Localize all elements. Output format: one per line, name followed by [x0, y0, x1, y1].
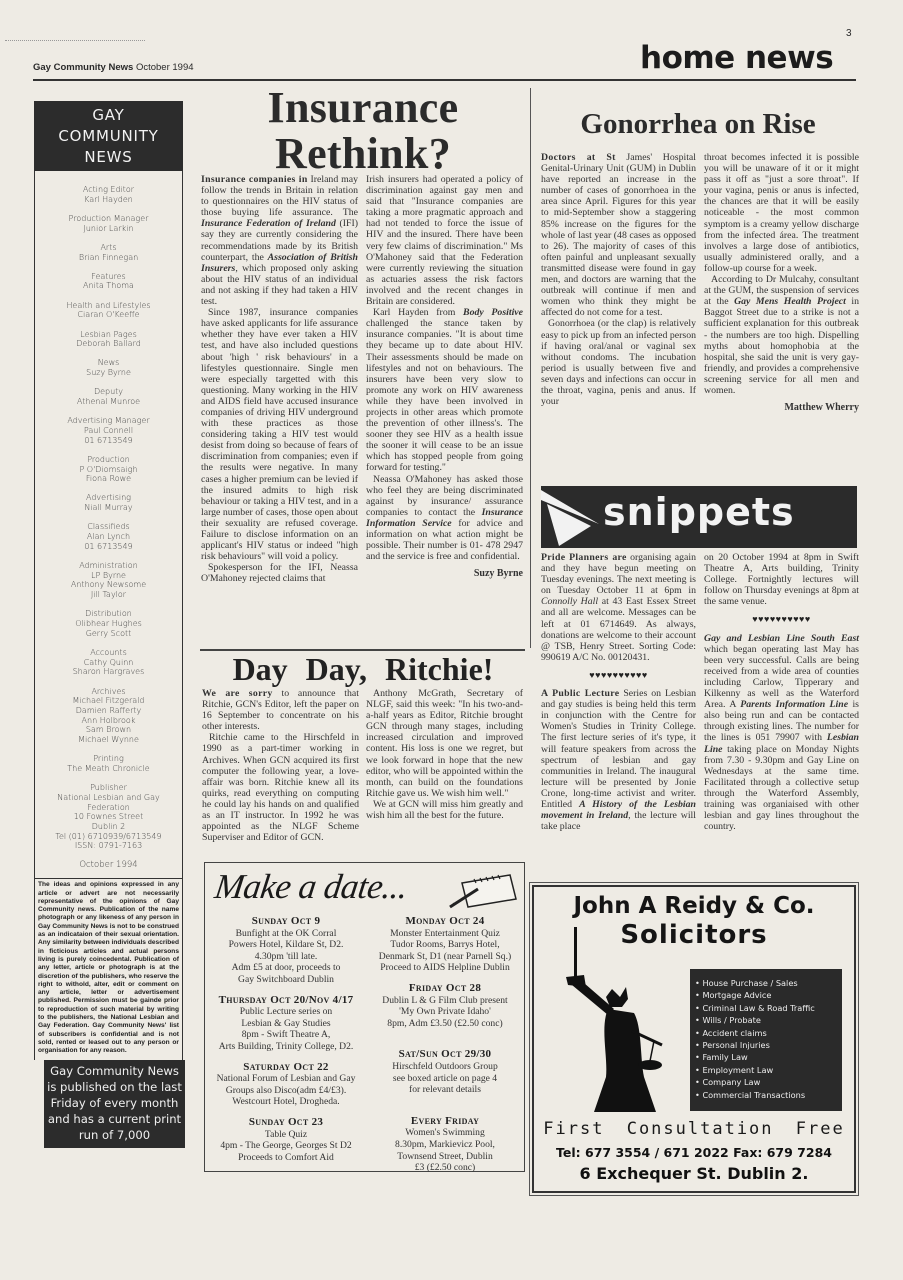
- event-detail: Dublin L & G Film Club present: [370, 995, 520, 1007]
- staff-role: Archives: [39, 687, 178, 697]
- snippets-column-2: on 20 October 1994 at 8pm in Swift Theat…: [704, 552, 859, 832]
- staff-name: 01 6713549: [39, 542, 178, 552]
- event-date: Friday Oct 28: [370, 983, 520, 995]
- staff-group: Acting EditorKarl Hayden: [39, 185, 178, 204]
- event-listing: Every FridayWomen's Swimming8.30pm, Mark…: [370, 1116, 520, 1174]
- event-date: Thursday Oct 20/Nov 4/17: [211, 995, 361, 1007]
- staff-group: NewsSuzy Byrne: [39, 358, 178, 377]
- event-detail: £3 (£2.50 conc): [370, 1162, 520, 1174]
- staff-name: Michael Wynne: [39, 735, 178, 745]
- staff-group: AdvertisingNiall Murray: [39, 493, 178, 512]
- staff-role: Printing: [39, 754, 178, 764]
- staff-name: Deborah Ballard: [39, 339, 178, 349]
- event-detail: Westcourt Hotel, Drogheda.: [211, 1096, 361, 1108]
- event-date: Sat/Sun Oct 29/30: [370, 1049, 520, 1061]
- staff-name: Cathy Quinn: [39, 658, 178, 668]
- event-detail: for relevant details: [370, 1084, 520, 1096]
- service-item: Company Law: [695, 1076, 838, 1088]
- staff-group: AccountsCathy QuinnSharon Hargraves: [39, 648, 178, 677]
- service-item: Criminal Law & Road Traffic: [695, 1002, 838, 1014]
- event-listing: Sunday Oct 23Table Quiz4pm - The George,…: [211, 1117, 361, 1163]
- staff-role: Features: [39, 272, 178, 282]
- staff-name: Suzy Byrne: [39, 368, 178, 378]
- event-detail: National Forum of Lesbian and Gay: [211, 1073, 361, 1085]
- staff-role: Advertising: [39, 493, 178, 503]
- staff-group: ClassifiedsAlan Lynch01 6713549: [39, 522, 178, 551]
- event-detail: Table Quiz: [211, 1129, 361, 1141]
- event-detail: Arts Building, Trinity College, D2.: [211, 1041, 361, 1053]
- event-listing: Saturday Oct 22National Forum of Lesbian…: [211, 1062, 361, 1108]
- staff-name: Anthony Newsome: [39, 580, 178, 590]
- staff-name: Dublin 2: [39, 822, 178, 832]
- staff-name: National Lesbian and Gay Federation: [39, 793, 178, 812]
- staff-role: Deputy: [39, 387, 178, 397]
- event-detail: Tudor Rooms, Barrys Hotel,: [370, 939, 520, 951]
- disclaimer-text: The ideas and opinions expressed in any …: [34, 879, 183, 1059]
- staff-role: Advertising Manager: [39, 416, 178, 426]
- event-detail: Powers Hotel, Kildare St, D2.: [211, 939, 361, 951]
- staff-list: Acting EditorKarl HaydenProduction Manag…: [34, 171, 183, 879]
- insurance-column-2: Irish insurers had operated a policy of …: [366, 174, 523, 579]
- staff-name: Alan Lynch: [39, 532, 178, 542]
- staff-group: DeputyAthenal Munroe: [39, 387, 178, 406]
- staff-role: News: [39, 358, 178, 368]
- staff-name: Paul Connell: [39, 426, 178, 436]
- event-listing: Friday Oct 28Dublin L & G Film Club pres…: [370, 983, 520, 1029]
- event-detail: see boxed article on page 4: [370, 1073, 520, 1085]
- gonorrhea-column-2: throat becomes infected it is possible y…: [704, 152, 859, 413]
- event-detail: Adm £5 at door, proceeds to: [211, 962, 361, 974]
- staff-role: Classifieds: [39, 522, 178, 532]
- event-detail: Groups also Disco(adm £4/£3).: [211, 1085, 361, 1097]
- gonorrhea-byline: Matthew Wherry: [704, 402, 859, 413]
- advert-offer: First Consultation Free: [534, 1119, 854, 1139]
- sidebar-brand: GAY COMMUNITY NEWS: [34, 101, 183, 171]
- events-right-column: Monday Oct 24Monster Entertainment QuizT…: [370, 916, 520, 1183]
- event-detail: Townsend Street, Dublin: [370, 1151, 520, 1163]
- insurance-column-1: Insurance companies in Ireland may follo…: [201, 174, 358, 584]
- event-detail: Monster Entertainment Quiz: [370, 928, 520, 940]
- publication-name: Gay Community News: [33, 62, 133, 73]
- event-detail: Proceeds to Comfort Aid: [211, 1152, 361, 1164]
- staff-name: ISSN: 0791-7163: [39, 841, 178, 851]
- staff-role: Accounts: [39, 648, 178, 658]
- event-detail: 'My Own Private Idaho': [370, 1006, 520, 1018]
- swoosh-icon: [541, 486, 611, 548]
- event-listing: Monday Oct 24Monster Entertainment QuizT…: [370, 916, 520, 974]
- staff-name: 10 Fownes Street: [39, 812, 178, 822]
- gonorrhea-headline: Gonorrhea on Rise: [540, 107, 856, 141]
- solicitor-advert: John A Reidy & Co. Solicitors House Purc…: [532, 885, 856, 1193]
- heart-divider: ♥♥♥♥♥♥♥♥♥♥: [541, 670, 696, 681]
- event-listing: Thursday Oct 20/Nov 4/17Public Lecture s…: [211, 995, 361, 1053]
- staff-name: The Meath Chronicle: [39, 764, 178, 774]
- staff-group: PublisherNational Lesbian and Gay Federa…: [39, 783, 178, 851]
- newspaper-page: 3 Gay Community News October 1994 home n…: [0, 0, 903, 1280]
- dayday-headline: Day Day, Ritchie!: [203, 651, 523, 687]
- staff-role: Lesbian Pages: [39, 330, 178, 340]
- staff-role: Publisher: [39, 783, 178, 793]
- masthead-publication-date: Gay Community News October 1994: [33, 62, 194, 73]
- staff-role: Distribution: [39, 609, 178, 619]
- snippets-column-1: Pride Planners are organising again and …: [541, 552, 696, 832]
- page-number: 3: [846, 28, 852, 39]
- staff-name: Gerry Scott: [39, 629, 178, 639]
- staff-name: Jill Taylor: [39, 590, 178, 600]
- make-a-date-title: Make a date...: [212, 867, 410, 907]
- service-item: Wills / Probate: [695, 1014, 838, 1026]
- notepad-pencil-icon: [448, 873, 518, 909]
- event-detail: 4pm - The George, Georges St D2: [211, 1140, 361, 1152]
- staff-group: Advertising ManagerPaul Connell01 671354…: [39, 416, 178, 445]
- event-detail: Proceed to AIDS Helpline Dublin: [370, 962, 520, 974]
- event-detail: 8pm, Adm £3.50 (£2.50 conc): [370, 1018, 520, 1030]
- service-item: Mortgage Advice: [695, 989, 838, 1001]
- event-listing: Sunday Oct 9Bunfight at the OK CorralPow…: [211, 916, 361, 986]
- event-detail: Women's Swimming: [370, 1127, 520, 1139]
- staff-group: Production ManagerJunior Larkin: [39, 214, 178, 233]
- service-item: Personal Injuries: [695, 1039, 838, 1051]
- staff-group: AdministrationLP ByrneAnthony NewsomeJil…: [39, 561, 178, 600]
- sidebar-date: October 1994: [39, 861, 178, 871]
- dayday-column-1: We are sorry to announce that Ritchie, G…: [202, 688, 359, 843]
- event-date: Sunday Oct 23: [211, 1117, 361, 1129]
- column-divider: [530, 88, 531, 648]
- staff-role: Health and Lifestyles: [39, 301, 178, 311]
- service-item: Family Law: [695, 1051, 838, 1063]
- staff-name: Niall Murray: [39, 503, 178, 513]
- dayday-column-2: Anthony McGrath, Secretary of NLGF, said…: [366, 688, 523, 821]
- service-item: Commercial Transactions: [695, 1089, 838, 1101]
- scan-edge-mark: [5, 40, 145, 41]
- make-a-date-box: Make a date... Sunday Oct 9Bunfight at t…: [204, 862, 525, 1172]
- staff-name: Olibhear Hughes: [39, 619, 178, 629]
- staff-name: Karl Hayden: [39, 195, 178, 205]
- snippets-title: snippets: [603, 490, 795, 534]
- staff-name: 01 6713549: [39, 436, 178, 446]
- publication-note: Gay Community News is published on the l…: [44, 1060, 185, 1148]
- event-detail: Denmark St, D1 (near Parnell Sq.): [370, 951, 520, 963]
- event-detail: Lesbian & Gay Studies: [211, 1018, 361, 1030]
- snippets-banner: snippets: [541, 486, 857, 548]
- staff-name: Michael Fitzgerald: [39, 696, 178, 706]
- staff-group: ProductionP O'DiomsaighFiona Rowe: [39, 455, 178, 484]
- staff-name: Sharon Hargraves: [39, 667, 178, 677]
- event-detail: 8.30pm, Markievicz Pool,: [370, 1139, 520, 1151]
- staff-group: ArchivesMichael FitzgeraldDamien Raffert…: [39, 687, 178, 745]
- advert-firm-name: John A Reidy & Co.: [534, 893, 854, 919]
- staff-name: Junior Larkin: [39, 224, 178, 234]
- staff-name: Ciaran O'Keeffe: [39, 310, 178, 320]
- staff-sidebar: GAY COMMUNITY NEWS Acting EditorKarl Hay…: [34, 101, 183, 1148]
- staff-role: Production: [39, 455, 178, 465]
- lady-justice-icon: [564, 927, 674, 1119]
- gonorrhea-column-1: Doctors at St James' Hospital Genital-Ur…: [541, 152, 696, 407]
- event-detail: Gay Switchboard Dublin: [211, 974, 361, 986]
- event-date: Saturday Oct 22: [211, 1062, 361, 1074]
- staff-role: Administration: [39, 561, 178, 571]
- heart-divider: ♥♥♥♥♥♥♥♥♥♥: [704, 614, 859, 625]
- event-detail: 4.30pm 'till late.: [211, 951, 361, 963]
- staff-name: Ann Holbrook: [39, 716, 178, 726]
- staff-name: Fiona Rowe: [39, 474, 178, 484]
- issue-date: October 1994: [136, 62, 194, 73]
- staff-group: PrintingThe Meath Chronicle: [39, 754, 178, 773]
- staff-group: Health and LifestylesCiaran O'Keeffe: [39, 301, 178, 320]
- events-left-column: Sunday Oct 9Bunfight at the OK CorralPow…: [211, 916, 361, 1172]
- staff-name: Tel (01) 6710939/6713549: [39, 832, 178, 842]
- staff-name: Athenal Munroe: [39, 397, 178, 407]
- event-date: Sunday Oct 9: [211, 916, 361, 928]
- event-date: Every Friday: [370, 1116, 520, 1128]
- event-detail: Bunfight at the OK Corral: [211, 928, 361, 940]
- staff-role: Production Manager: [39, 214, 178, 224]
- section-title: home news: [640, 40, 833, 76]
- staff-group: DistributionOlibhear HughesGerry Scott: [39, 609, 178, 638]
- services-list: House Purchase / SalesMortgage AdviceCri…: [690, 969, 842, 1111]
- header-rule: [33, 79, 856, 81]
- insurance-headline: Insurance Rethink?: [203, 85, 523, 177]
- staff-group: FeaturesAnita Thoma: [39, 272, 178, 291]
- staff-name: P O'Diomsaigh: [39, 465, 178, 475]
- staff-group: Lesbian PagesDeborah Ballard: [39, 330, 178, 349]
- insurance-byline: Suzy Byrne: [366, 568, 523, 579]
- staff-name: Sam Brown: [39, 725, 178, 735]
- service-item: House Purchase / Sales: [695, 977, 838, 989]
- staff-group: ArtsBrian Finnegan: [39, 243, 178, 262]
- advert-address: 6 Exchequer St. Dublin 2.: [534, 1164, 854, 1183]
- event-listing: Sat/Sun Oct 29/30Hirschfeld Outdoors Gro…: [370, 1049, 520, 1095]
- staff-name: Brian Finnegan: [39, 253, 178, 263]
- staff-name: LP Byrne: [39, 571, 178, 581]
- event-detail: Hirschfeld Outdoors Group: [370, 1061, 520, 1073]
- staff-name: Anita Thoma: [39, 281, 178, 291]
- advert-contact: Tel: 677 3554 / 671 2022 Fax: 679 7284: [534, 1145, 854, 1160]
- event-detail: Public Lecture series on: [211, 1006, 361, 1018]
- service-item: Employment Law: [695, 1064, 838, 1076]
- staff-role: Acting Editor: [39, 185, 178, 195]
- staff-role: Arts: [39, 243, 178, 253]
- service-item: Accident claims: [695, 1027, 838, 1039]
- event-date: Monday Oct 24: [370, 916, 520, 928]
- staff-name: Damien Rafferty: [39, 706, 178, 716]
- event-detail: 8pm - Swift Theatre A,: [211, 1029, 361, 1041]
